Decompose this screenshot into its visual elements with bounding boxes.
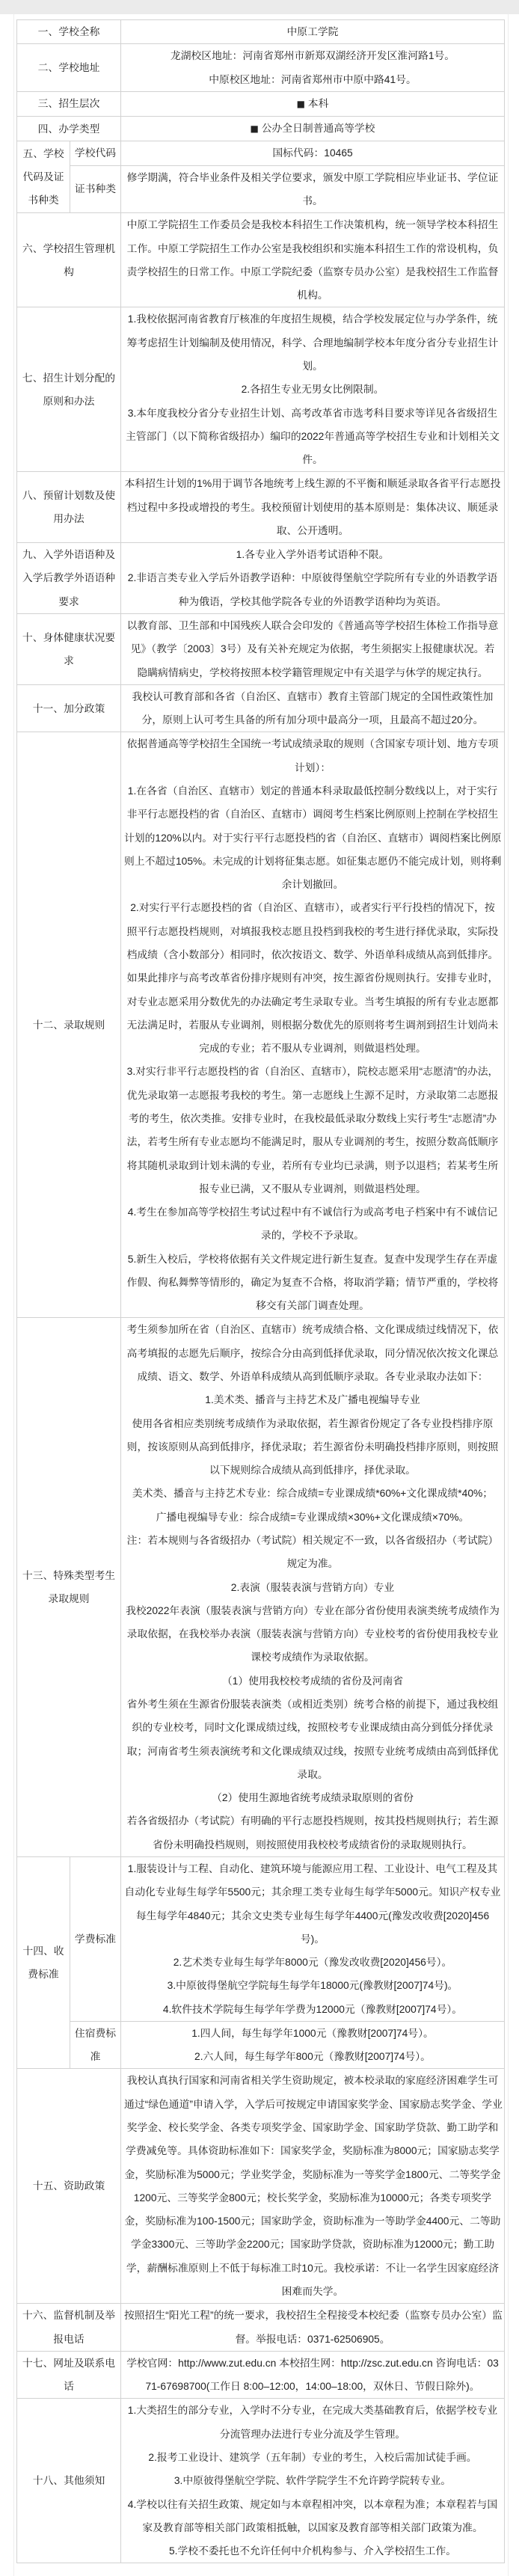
admission-rules-value: 依据普通高等学校招生全国统一考试成绩录取的规则（含国家专项计划、地方专项 计划）… <box>121 732 505 1318</box>
row-admission-management: 六、学校招生管理机 构 中原工学院招生工作委员会是我校本科招生工作决策机构，统一… <box>17 213 505 307</box>
reserved-plan-value: 本科招生计划的1%用于调节各地统考上线生源的不平衡和顺延录取各省平行志愿投 档过… <box>121 472 505 543</box>
row-certificate-type: 证书种类 修学期满，符合毕业条件及相关学位要求，颁发中原工学院相应毕业证书、学位… <box>17 165 505 213</box>
other-notes-value: 1.大类招生的部分专业，入学时不分专业，在完成大类基础教育后，依据学校专业 分流… <box>121 2399 505 2563</box>
row-website-contact: 十七、网址及联系电 话 学校官网：http://www.zut.edu.cn 本… <box>17 2351 505 2399</box>
other-notes-label: 十八、其他须知 <box>17 2399 121 2563</box>
plan-allocation-label: 七、招生计划分配的 原则和办法 <box>17 307 121 472</box>
supervision-hotline-label: 十六、监督机制及举 报电话 <box>17 2304 121 2352</box>
financial-aid-label: 十五、资助政策 <box>17 2069 121 2304</box>
enrollment-level-label: 三、招生层次 <box>17 91 121 116</box>
school-full-name-value: 中原工学院 <box>121 20 505 44</box>
school-full-name-label: 一、学校全称 <box>17 20 121 44</box>
accommodation-fee-sublabel: 住宿费标 准 <box>70 2021 121 2069</box>
certificate-type-value: 修学期满，符合毕业条件及相关学位要求，颁发中原工学院相应毕业证书、学位证 书。 <box>121 165 505 213</box>
top-bar <box>0 0 519 14</box>
admission-info-table: 一、学校全称 中原工学院 二、学校地址 龙湖校区地址：河南省郑州市新郑双湖经济开… <box>16 19 505 2563</box>
admission-rules-label: 十二、录取规则 <box>17 732 121 1318</box>
enrollment-level-text: 本科 <box>308 98 329 109</box>
row-bonus-points: 十一、加分政策 我校认可教育部和各省（自治区、直辖市）教育主管部门规定的全国性政… <box>17 684 505 732</box>
row-school-full-name: 一、学校全称 中原工学院 <box>17 20 505 44</box>
row-financial-aid: 十五、资助政策 我校认真执行国家和河南省相关学生资助规定，被本校录取的家庭经济困… <box>17 2069 505 2304</box>
supervision-hotline-value: 按照招生“阳光工程”的统一要求，我校招生全程接受本校纪委（监察专员办公室）监 督… <box>121 2304 505 2352</box>
bonus-points-label: 十一、加分政策 <box>17 684 121 732</box>
row-supervision-hotline: 十六、监督机制及举 报电话 按照招生“阳光工程”的统一要求，我校招生全程接受本校… <box>17 2304 505 2352</box>
school-type-label: 四、办学类型 <box>17 117 121 141</box>
tuition-fee-sublabel: 学费标准 <box>70 1856 121 2021</box>
foreign-language-label: 九、入学外语语种及 入学后教学外语语种 要求 <box>17 543 121 614</box>
foreign-language-value: 1.各专业入学外语考试语种不限。 2.非语言类专业入学后外语教学语种：中原彼得堡… <box>121 543 505 614</box>
special-admission-rules-value: 考生须参加所在省（自治区、直辖市）统考成绩合格、文化课成绩过线情况下，依 高考填… <box>121 1318 505 1856</box>
website-contact-value: 学校官网：http://www.zut.edu.cn 本校招生网：http://… <box>121 2351 505 2399</box>
health-requirements-label: 十、身体健康状况要 求 <box>17 614 121 685</box>
school-code-value: 国标代码：10465 <box>121 141 505 165</box>
financial-aid-value: 我校认真执行国家和河南省相关学生资助规定，被本校录取的家庭经济困难学生可 通过“… <box>121 2069 505 2304</box>
row-plan-allocation: 七、招生计划分配的 原则和办法 1.我校依据河南省教育厅核准的年度招生规模，结合… <box>17 307 505 472</box>
bonus-points-value: 我校认可教育部和各省（自治区、直辖市）教育主管部门规定的全国性政策性加 分，原则… <box>121 684 505 732</box>
health-requirements-value: 以教育部、卫生部和中国残疾人联合会印发的《普通高等学校招生体检工作指导意 见》（… <box>121 614 505 685</box>
row-admission-rules: 十二、录取规则 依据普通高等学校招生全国统一考试成绩录取的规则（含国家专项计划、… <box>17 732 505 1318</box>
row-special-admission-rules: 十三、特殊类型考生 录取规则 考生须参加所在省（自治区、直辖市）统考成绩合格、文… <box>17 1318 505 1856</box>
row-foreign-language: 九、入学外语语种及 入学后教学外语语种 要求 1.各专业入学外语考试语种不限。 … <box>17 543 505 614</box>
website-contact-label: 十七、网址及联系电 话 <box>17 2351 121 2399</box>
row-enrollment-level: 三、招生层次 ■ 本科 <box>17 91 505 116</box>
school-code-and-certificate-label: 五、学校 代码及证 书种类 <box>17 141 70 213</box>
row-accommodation-fee: 住宿费标 准 1.四人间，每生每学年1000元（豫教财[2007]74号）。 2… <box>17 2021 505 2069</box>
document-container: 一、学校全称 中原工学院 二、学校地址 龙湖校区地址：河南省郑州市新郑双湖经济开… <box>13 14 509 2576</box>
certificate-type-sublabel: 证书种类 <box>70 165 121 213</box>
admission-management-value: 中原工学院招生工作委员会是我校本科招生工作决策机构，统一领导学校本科招生 工作。… <box>121 213 505 307</box>
enrollment-level-value: ■ 本科 <box>121 91 505 116</box>
school-address-label: 二、学校地址 <box>17 44 121 92</box>
row-health-requirements: 十、身体健康状况要 求 以教育部、卫生部和中国残疾人联合会印发的《普通高等学校招… <box>17 614 505 685</box>
row-school-type: 四、办学类型 ■ 公办全日制普通高等学校 <box>17 117 505 141</box>
row-other-notes: 十八、其他须知 1.大类招生的部分专业，入学时不分专业，在完成大类基础教育后，依… <box>17 2399 505 2563</box>
school-type-text: 公办全日制普通高等学校 <box>262 123 375 134</box>
plan-allocation-value: 1.我校依据河南省教育厅核准的年度招生规模，结合学校发展定位与办学条件，统 筹考… <box>121 307 505 472</box>
row-school-address: 二、学校地址 龙湖校区地址：河南省郑州市新郑双湖经济开发区淮河路1号。 中原校区… <box>17 44 505 92</box>
accommodation-fee-value: 1.四人间，每生每学年1000元（豫教财[2007]74号）。 2.六人间，每生… <box>121 2021 505 2069</box>
checked-square-icon: ■ <box>297 99 305 109</box>
fee-standards-label: 十四、收 费标准 <box>17 1856 70 2069</box>
special-admission-rules-label: 十三、特殊类型考生 录取规则 <box>17 1318 121 1856</box>
row-school-code: 五、学校 代码及证 书种类 学校代码 国标代码：10465 <box>17 141 505 165</box>
tuition-fee-value: 1.服装设计与工程、自动化、建筑环境与能源应用工程、工业设计、电气工程及其 自动… <box>121 1856 505 2021</box>
admission-management-label: 六、学校招生管理机 构 <box>17 213 121 307</box>
reserved-plan-label: 八、预留计划数及使 用办法 <box>17 472 121 543</box>
school-address-value: 龙湖校区地址：河南省郑州市新郑双湖经济开发区淮河路1号。 中原校区地址：河南省郑… <box>121 44 505 92</box>
row-reserved-plan: 八、预留计划数及使 用办法 本科招生计划的1%用于调节各地统考上线生源的不平衡和… <box>17 472 505 543</box>
checked-square-icon: ■ <box>251 123 259 134</box>
school-code-sublabel: 学校代码 <box>70 141 121 165</box>
school-type-value: ■ 公办全日制普通高等学校 <box>121 117 505 141</box>
row-tuition-fee: 十四、收 费标准 学费标准 1.服装设计与工程、自动化、建筑环境与能源应用工程、… <box>17 1856 505 2021</box>
